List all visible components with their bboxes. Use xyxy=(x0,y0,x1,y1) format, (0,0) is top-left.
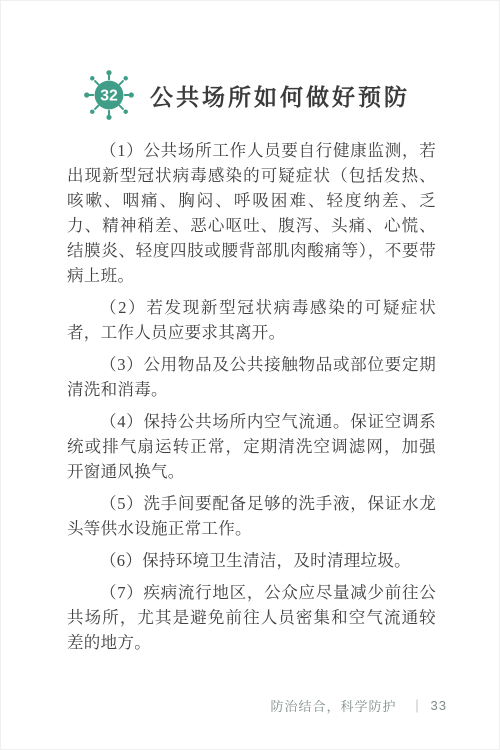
paragraph-4: （4）保持公共场所内空气流通。保证空调系统或排气扇运转正常，定期清洗空调滤网，加… xyxy=(67,409,436,484)
badge-number: 32 xyxy=(100,88,118,105)
paragraph-5: （5）洗手间要配备足够的洗手液，保证水龙头等供水设施正常工作。 xyxy=(67,491,436,541)
footer-slogan: 防治结合，科学防护 xyxy=(271,696,397,715)
paragraph-7: （7）疾病流行地区，公众应尽量减少前往公共场所，尤其是避免前往人员密集和空气流通… xyxy=(67,580,436,655)
section-header: 32 公共场所如何做好预防 xyxy=(83,69,499,121)
page-title: 公共场所如何做好预防 xyxy=(150,79,410,112)
paragraph-2: （2）若发现新型冠状病毒感染的可疑症状者，工作人员应要求其离开。 xyxy=(67,295,436,345)
body-paragraphs: （1）公共场所工作人员要自行健康监测，若出现新型冠状病毒感染的可疑症状（包括发热… xyxy=(67,138,436,655)
page-number: 33 xyxy=(431,698,447,713)
paragraph-1: （1）公共场所工作人员要自行健康监测，若出现新型冠状病毒感染的可疑症状（包括发热… xyxy=(67,138,436,288)
page-footer: 防治结合，科学防护 ｜ 33 xyxy=(271,696,448,715)
footer-separator-icon: ｜ xyxy=(411,696,425,715)
document-page: 32 公共场所如何做好预防 （1）公共场所工作人员要自行健康监测，若出现新型冠状… xyxy=(0,0,500,750)
virus-icon: 32 xyxy=(83,69,135,121)
paragraph-6: （6）保持环境卫生清洁，及时清理垃圾。 xyxy=(67,548,436,573)
paragraph-3: （3）公用物品及公共接触物品或部位要定期清洗和消毒。 xyxy=(67,352,436,402)
